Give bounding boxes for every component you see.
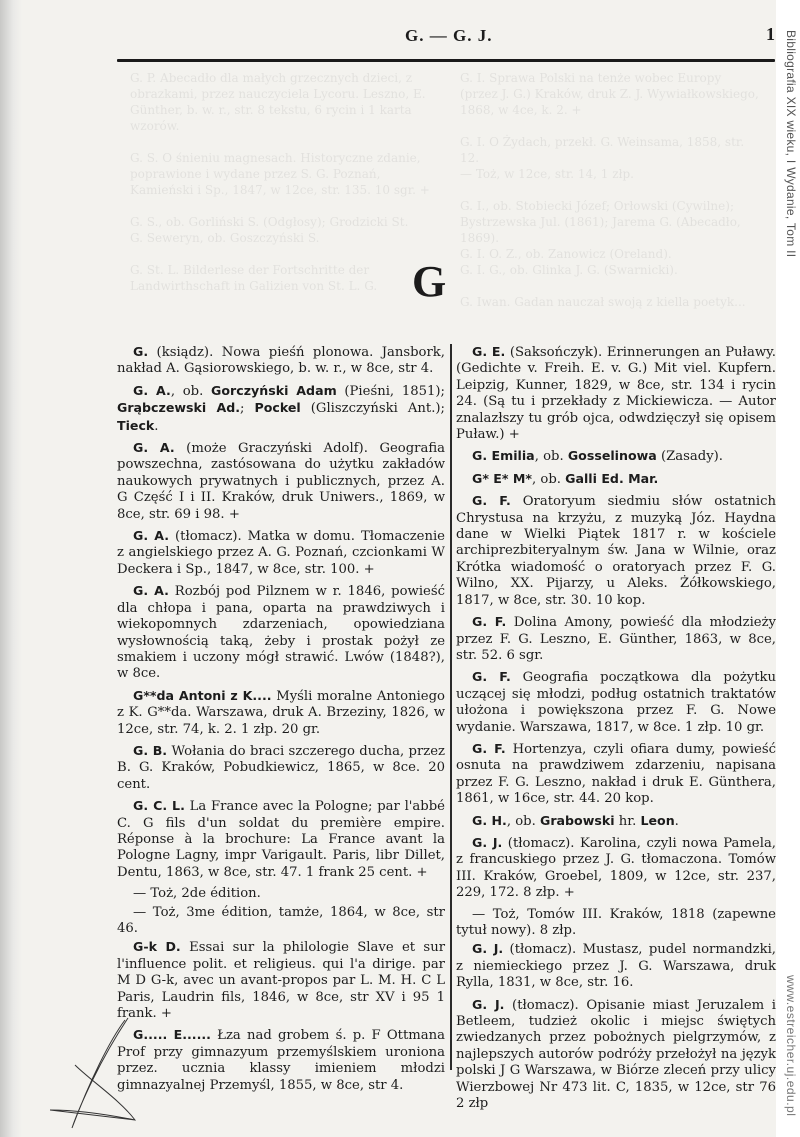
bibliography-entry: G. J. (tłomacz). Karolina, czyli nowa Pa… bbox=[456, 835, 776, 902]
cross-reference: Grabowski bbox=[540, 813, 615, 828]
bibliography-entry: G. A. (może Graczyński Adolf). Geografia… bbox=[117, 440, 445, 523]
entry-heading: G. A. bbox=[133, 528, 169, 543]
entry-heading: G* E* M* bbox=[472, 471, 532, 486]
bibliography-entry: G. H., ob. Grabowski hr. Leon. bbox=[456, 813, 776, 830]
entry-text: Wołania do braci szczerego ducha, przez … bbox=[117, 744, 445, 792]
cross-reference-note: . bbox=[675, 814, 679, 829]
bibliography-entry: G. C. L. La France avec la Pologne; par … bbox=[117, 798, 445, 881]
entry-heading: G. Emilia bbox=[472, 448, 535, 463]
entry-heading: G. J. bbox=[472, 941, 503, 956]
entry-heading: G. F. bbox=[472, 493, 511, 508]
bibliography-entry: G. F. Dolina Amony, powieść dla młodzież… bbox=[456, 614, 776, 664]
cross-reference: Pockel bbox=[254, 400, 300, 415]
entry-heading: G. A. bbox=[133, 383, 171, 398]
entry-sub-edition: — Toż, 2de édition. bbox=[117, 886, 445, 902]
bibliography-entry: G. F. Hortenzya, czyli ofiara dumy, powi… bbox=[456, 741, 776, 808]
entry-text: (tłomacz). Mustasz, pudel normandzki, z … bbox=[456, 942, 776, 990]
cross-reference-note: (Pieśni, 1851); bbox=[337, 384, 445, 399]
page-number: 1 bbox=[766, 24, 775, 45]
watermark-title: Bibliografia XIX wieku, I Wydanie, Tom I… bbox=[784, 30, 798, 257]
bibliography-entry: G. A. (tłomacz). Matka w domu. Tłomaczen… bbox=[117, 528, 445, 578]
bibliography-entry: G. Emilia, ob. Gosselinowa (Zasady). bbox=[456, 448, 776, 465]
entry-text: Oratoryum siedmiu słów ostatnich Chrystu… bbox=[456, 494, 776, 607]
bleed-through-left: G. P. Abecadło dla małych grzecznych dzi… bbox=[130, 70, 440, 294]
cross-reference: Gorczyński Adam bbox=[211, 383, 337, 398]
bibliography-entry: G. E. (Saksończyk). Erinnerungen an Puła… bbox=[456, 344, 776, 443]
entry-sub-edition: — Toż, Tomów III. Kraków, 1818 (zapewne … bbox=[456, 907, 776, 940]
bibliography-entry: G..... E...... Łza nad grobem ś. p. F Ot… bbox=[117, 1027, 445, 1094]
entry-heading: G. J. bbox=[472, 835, 502, 850]
section-letter: G bbox=[412, 260, 446, 304]
bleed-through-right: G. I. Sprawa Polski na tenże wobec Europ… bbox=[460, 70, 760, 310]
entry-heading: G**da Antoni z K.... bbox=[133, 688, 272, 703]
cross-reference: Tieck bbox=[117, 418, 154, 433]
entry-heading: G. F. bbox=[472, 669, 511, 684]
entry-heading: G. H. bbox=[472, 813, 507, 828]
left-column: G. (ksiądz). Nowa pieśń plonowa. Jansbor… bbox=[117, 344, 445, 1099]
cross-reference: Leon bbox=[640, 813, 674, 828]
entry-text: , ob. bbox=[171, 384, 211, 399]
cross-reference: Grąbczewski Ad. bbox=[117, 400, 240, 415]
right-column: G. E. (Saksończyk). Erinnerungen an Puła… bbox=[456, 344, 776, 1117]
cross-reference-note: (Gliszczyński Ant.); bbox=[301, 401, 445, 416]
running-head: G. — G. J. bbox=[405, 26, 492, 46]
bibliography-entry: G. B. Wołania do braci szczerego ducha, … bbox=[117, 743, 445, 793]
bibliography-entry: G-k D. Essai sur la philologie Slave et … bbox=[117, 939, 445, 1022]
cross-reference: Gosselinowa bbox=[568, 448, 657, 463]
page-header: G. — G. J. 1 bbox=[115, 22, 775, 52]
watermark-url[interactable]: www.estreicher.uj.edu.pl bbox=[784, 975, 798, 1116]
entry-heading: G. J. bbox=[472, 997, 504, 1012]
entry-heading: G. bbox=[133, 344, 148, 359]
bibliography-entry: G. J. (tłomacz). Opisanie miast Jeruzale… bbox=[456, 997, 776, 1113]
entry-heading: G. E. bbox=[472, 344, 505, 359]
bibliography-entry: G. J. (tłomacz). Mustasz, pudel normandz… bbox=[456, 941, 776, 991]
bibliography-entry: G. (ksiądz). Nowa pieśń plonowa. Jansbor… bbox=[117, 344, 445, 378]
bibliography-entry: G. A. Rozbój pod Pilznem w r. 1846, powi… bbox=[117, 583, 445, 682]
bibliography-entry: G**da Antoni z K.... Myśli moralne Anton… bbox=[117, 688, 445, 738]
cross-reference-note: hr. bbox=[615, 814, 641, 829]
entry-heading: G. F. bbox=[472, 614, 506, 629]
entry-heading: G. A. bbox=[133, 440, 175, 455]
bibliography-entry: G. F. Oratoryum siedmiu słów ostatnich C… bbox=[456, 493, 776, 609]
entry-heading: G. B. bbox=[133, 743, 167, 758]
entry-heading: G-k D. bbox=[133, 939, 181, 954]
entry-text: , ob. bbox=[532, 472, 565, 487]
cross-reference-note: . bbox=[154, 419, 158, 434]
entry-text: , ob. bbox=[507, 814, 540, 829]
entry-text: Rozbój pod Pilznem w r. 1846, powieść dl… bbox=[117, 584, 445, 681]
cross-reference-note: ; bbox=[240, 401, 254, 416]
entry-text: (tłomacz). Karolina, czyli nowa Pamela, … bbox=[456, 836, 776, 900]
header-rule bbox=[117, 59, 775, 62]
entry-text: , ob. bbox=[535, 449, 568, 464]
entry-text: (ksiądz). Nowa pieśń plonowa. Jansbork, … bbox=[117, 345, 445, 376]
cross-reference-note: (Zasady). bbox=[657, 449, 723, 464]
book-binding-edge bbox=[0, 0, 22, 1137]
entry-heading: G. F. bbox=[472, 741, 506, 756]
entry-heading: G. C. L. bbox=[133, 798, 185, 813]
bibliography-entry: G* E* M*, ob. Galli Ed. Mar. bbox=[456, 471, 776, 488]
cross-reference: Galli Ed. Mar. bbox=[565, 471, 658, 486]
bibliography-entry: G. A., ob. Gorczyński Adam (Pieśni, 1851… bbox=[117, 383, 445, 435]
handwritten-signature-icon bbox=[50, 1010, 150, 1130]
entry-heading: G. A. bbox=[133, 583, 169, 598]
entry-text: (Saksończyk). Erinnerungen an Puławy. (G… bbox=[456, 345, 776, 442]
entry-text: (tłomacz). Opisanie miast Jeruzalem i Be… bbox=[456, 998, 776, 1111]
entry-sub-edition: — Toż, 3me édition, tamże, 1864, w 8ce, … bbox=[117, 905, 445, 938]
bibliography-entry: G. F. Geografia początkowa dla pożytku u… bbox=[456, 669, 776, 736]
column-divider bbox=[450, 344, 452, 1070]
